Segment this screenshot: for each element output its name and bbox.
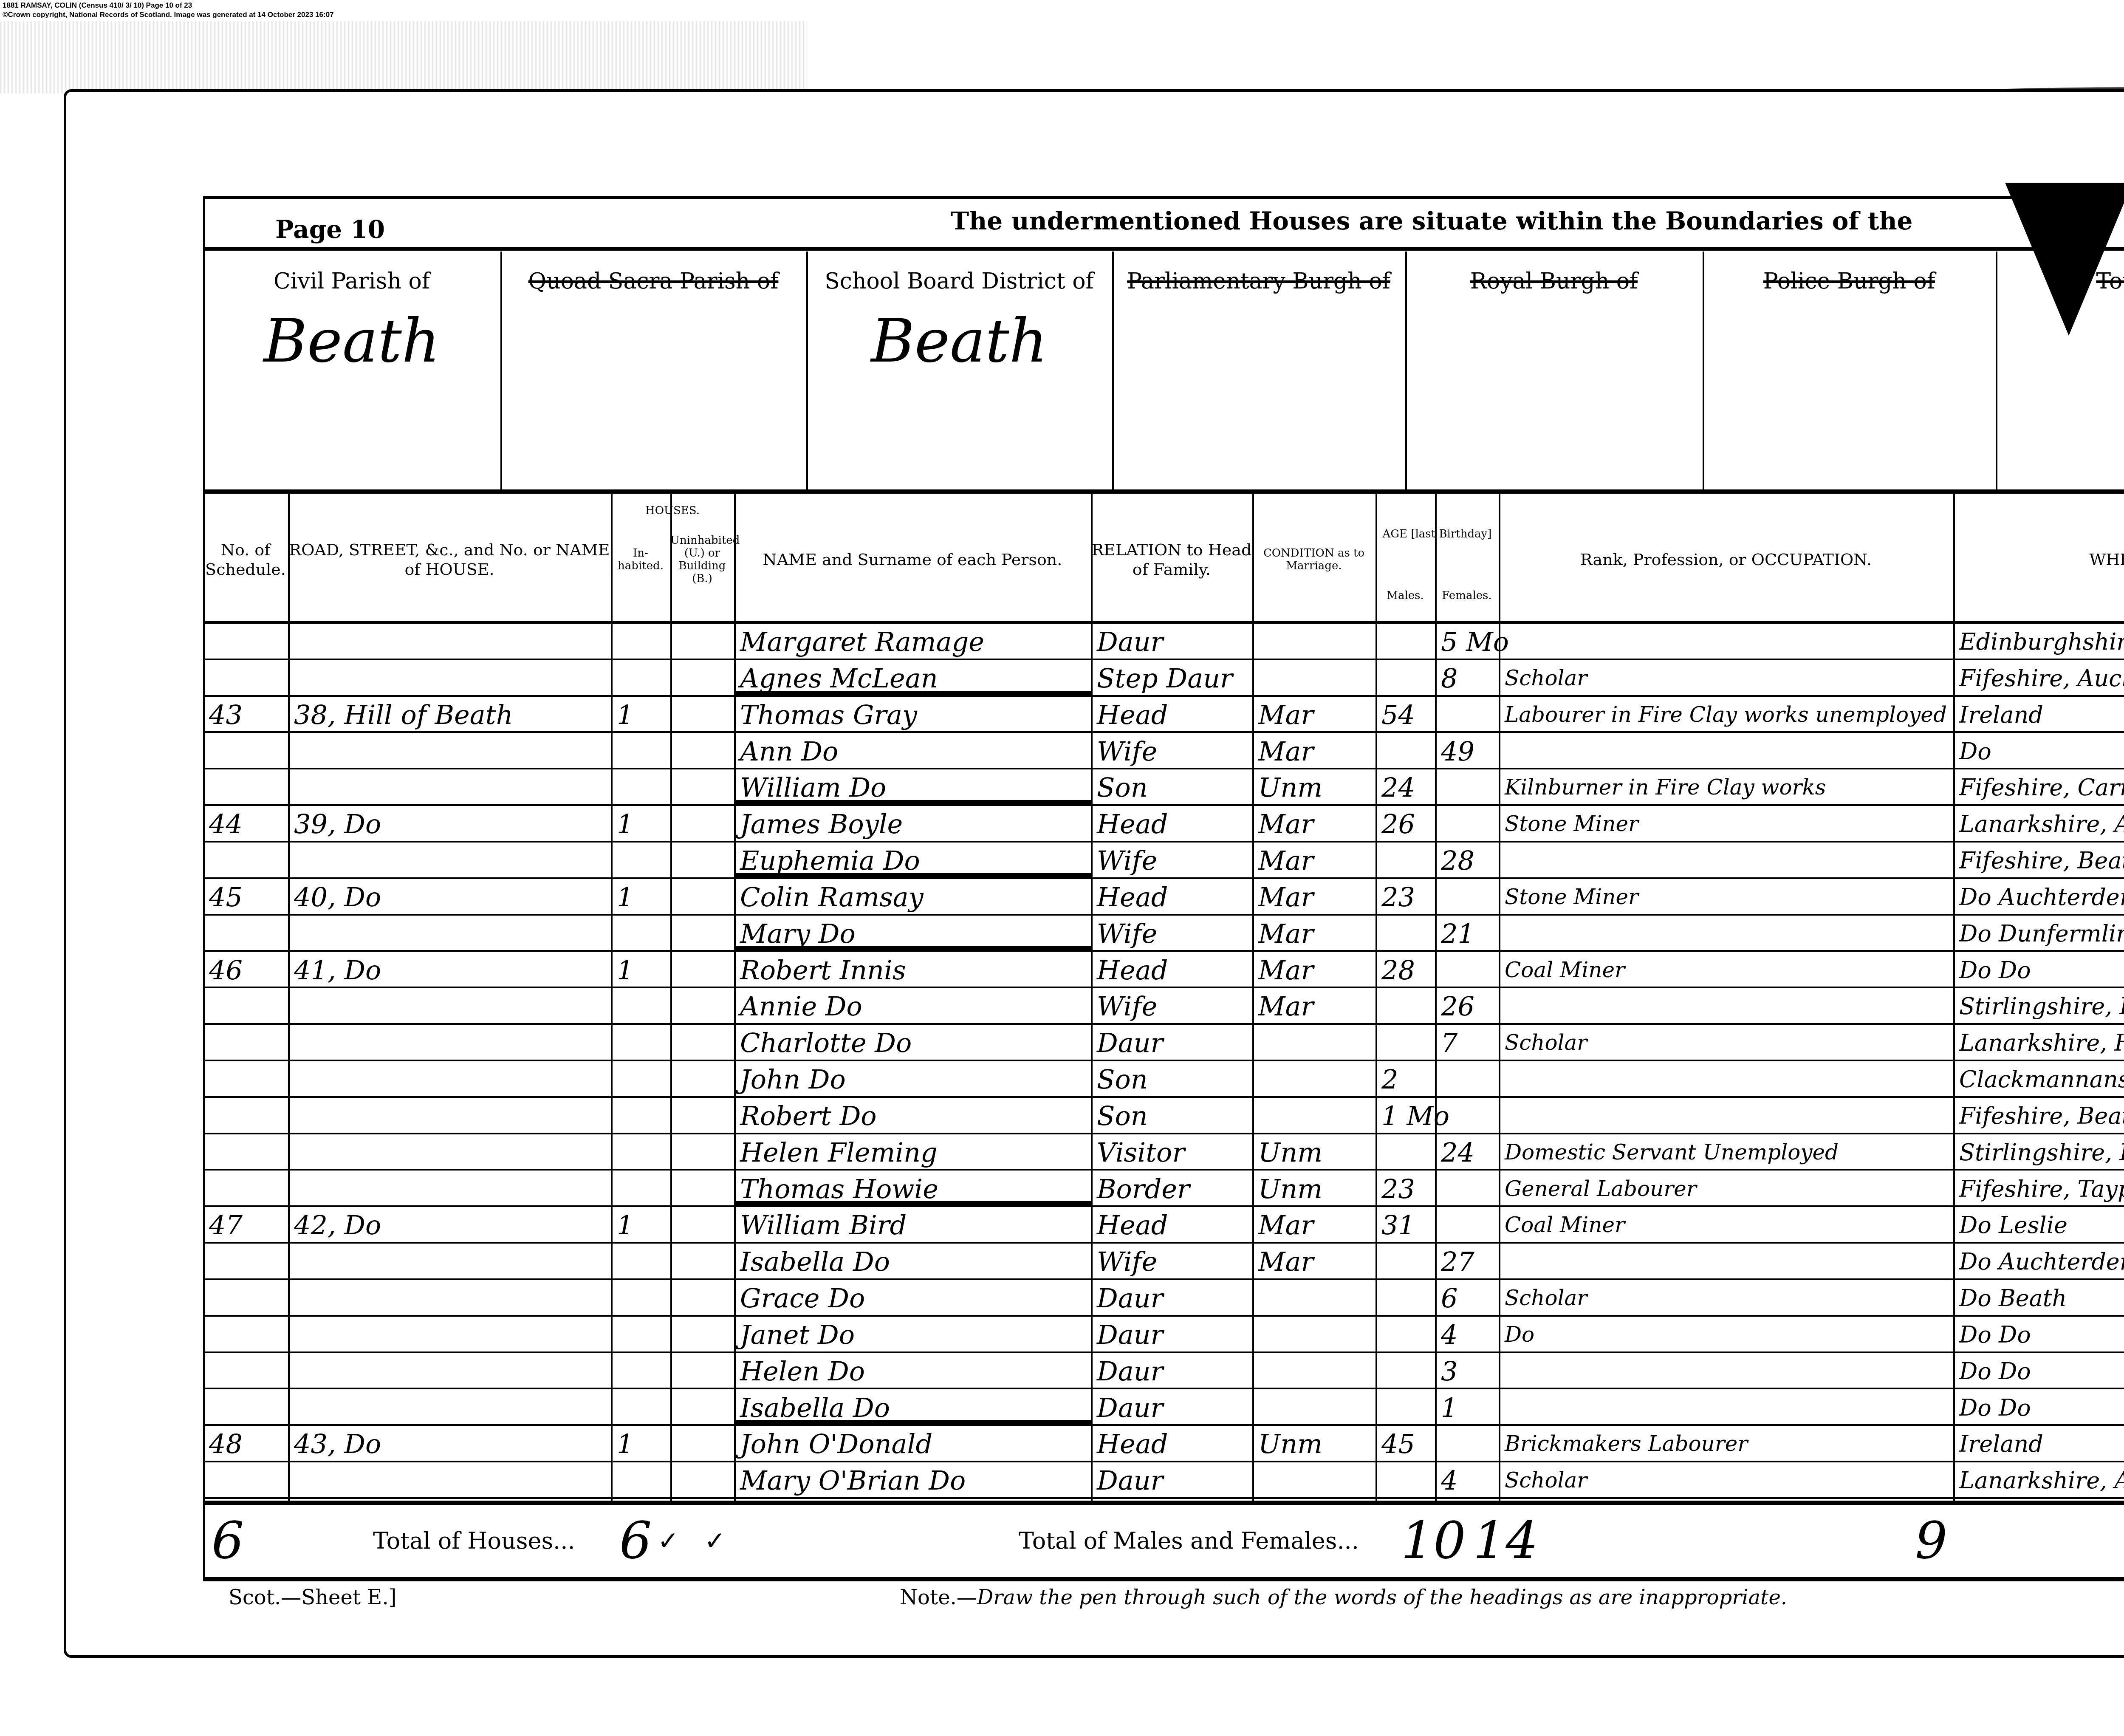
birthplace: Do Do [1959,1390,2031,1426]
birthplace: Do Dunfermline [1959,916,2124,952]
relation-to-head: Head [1097,806,1168,843]
person-name: Robert Innis [740,952,906,989]
marital-condition: Mar [1258,916,1313,952]
occupation: Stone Miner [1505,879,1638,916]
relation-to-head: Wife [1097,1244,1157,1280]
table-row: Annie DoWifeMar26Stirlingshire, Falkirk [203,988,2124,1025]
marital-condition: Mar [1258,733,1313,770]
boundary-title: The undermentioned Houses are situate wi… [951,206,1913,235]
person-name: Colin Ramsay [740,879,924,916]
male-age: 45 [1381,1426,1415,1462]
birthplace: Do Beath [1959,1280,2067,1317]
person-name: Helen Do [740,1353,865,1390]
female-age: 28 [1441,843,1474,879]
relation-to-head: Son [1097,1061,1148,1098]
total-females: 14 [1473,1505,1538,1577]
table-row: Helen FlemingVisitorUnm24Domestic Servan… [203,1134,2124,1171]
relation-to-head: Wife [1097,916,1157,952]
boundary-value: Beath [806,307,1112,376]
schedule-number: 44 [209,806,243,843]
female-age: 5 Mo [1441,624,1509,660]
relation-to-head: Daur [1097,1280,1163,1317]
table-row: 4338, Hill of Beath1Thomas GrayHeadMar54… [203,697,2124,733]
table-row: 4439, Do1James BoyleHeadMar26Stone Miner… [203,806,2124,843]
table-row: 4843, Do1John O'DonaldHeadUnm45Brickmake… [203,1426,2124,1462]
boundary-value: Beath [203,307,500,376]
relation-to-head: Head [1097,879,1168,916]
female-age: 4 [1441,1317,1457,1353]
table-row: Euphemia DoWifeMar28Fifeshire, Beath [203,843,2124,879]
total-houses-check: ✓ [658,1505,679,1577]
relation-to-head: Head [1097,697,1168,733]
person-name: Grace Do [740,1280,865,1317]
occupation: Stone Miner [1505,806,1638,843]
relation-to-head: Head [1097,1207,1168,1244]
birthplace: Ireland [1959,697,2043,733]
table-row: Mary DoWifeMar21Do Dunfermline [203,916,2124,952]
person-name: James Boyle [740,806,903,843]
boundary-label: Town of [1996,269,2124,294]
table-row: Charlotte DoDaur7ScholarLanarkshire, Ham… [203,1025,2124,1061]
col-name: NAME and Surname of each Person. [734,498,1091,621]
table-row: William DoSonUnm24Kilnburner in Fire Cla… [203,769,2124,806]
birthplace: Do Do [1959,1317,2031,1353]
relation-to-head: Wife [1097,733,1157,770]
occupation: Brickmakers Labourer [1505,1426,1748,1462]
total-uninhabited-check: ✓ [704,1505,726,1577]
boundary-parliamentary-burgh-of: Parliamentary Burgh of [1112,252,1405,481]
person-name: Robert Do [740,1098,877,1134]
inhabited-count: 1 [617,697,633,733]
occupation: General Labourer [1505,1171,1697,1207]
birthplace: Ireland [1959,1426,2043,1462]
person-name: Ann Do [740,733,838,770]
marital-condition: Unm [1258,1426,1322,1462]
relation-to-head: Daur [1097,1390,1163,1426]
male-age: 2 [1381,1061,1398,1098]
total-occupation-mark: 9 [1915,1505,1947,1577]
person-name: John Do [740,1061,846,1098]
relation-to-head: Border [1097,1171,1190,1207]
relation-to-head: Daur [1097,1353,1163,1390]
marital-condition: Mar [1258,1244,1313,1280]
record-title: 1881 RAMSAY, COLIN (Census 410/ 3/ 10) P… [3,1,334,10]
boundary-civil-parish-of: Civil Parish of Beath [203,252,500,481]
table-row: John DoSon2Clackmannanshire, Alloa [203,1061,2124,1098]
col-schedule: No. of Schedule. [203,498,288,621]
person-name: Annie Do [740,988,862,1025]
schedule-number: 48 [209,1426,243,1462]
col-females: Females. [1435,570,1499,621]
female-age: 4 [1441,1462,1457,1499]
boundary-label: Civil Parish of [203,269,500,294]
occupation: Scholar [1505,1025,1587,1061]
table-row: Janet DoDaur4DoDo Do [203,1317,2124,1353]
person-name: William Bird [740,1207,907,1244]
schedule-number: 43 [209,697,243,733]
marital-condition: Mar [1258,1207,1313,1244]
table-row: Thomas HowieBorderUnm23General LabourerF… [203,1171,2124,1207]
schedule-number: 47 [209,1207,243,1244]
relation-to-head: Son [1097,1098,1148,1134]
col-males: Males. [1376,570,1435,621]
house-address: 40, Do [294,879,381,916]
birthplace: Lanarkshire, Airdrie [1959,806,2124,843]
total-persons-label: Total of Males and Females... [1019,1505,1359,1577]
table-row: Grace DoDaur6ScholarDo Beath [203,1280,2124,1317]
boundary-label: Police Burgh of [1703,269,1996,294]
col-houses: HOUSES. [611,498,734,523]
birthplace: Lanarkshire, Airdrie [1959,1462,2124,1499]
person-name: Isabella Do [740,1244,890,1280]
birthplace: Fifeshire, Tayport [1959,1171,2124,1207]
boundary-police-burgh-of: Police Burgh of [1703,252,1996,481]
female-age: 26 [1441,988,1474,1025]
female-age: 6 [1441,1280,1457,1317]
total-schedules: 6 [212,1505,244,1577]
total-houses-label: Total of Houses... [373,1505,575,1577]
inhabited-count: 1 [617,806,633,843]
page-number: Page 10 [275,215,385,244]
boundary-label: Quoad Sacra Parish of [500,269,806,294]
occupation: Coal Miner [1505,952,1625,989]
female-age: 3 [1441,1353,1457,1390]
female-age: 7 [1441,1025,1457,1061]
inhabited-count: 1 [617,1426,633,1462]
occupation: Do [1505,1317,1534,1353]
boundary-town-of: Town of [1996,252,2124,481]
relation-to-head: Step Daur [1097,660,1233,697]
inhabited-count: 1 [617,879,633,916]
house-address: 41, Do [294,952,381,989]
birthplace: Stirlingshire, Falkirk [1959,1134,2124,1171]
marital-condition: Mar [1258,843,1313,879]
person-name: Janet Do [740,1317,855,1353]
boundary-quoad-sacra-parish-of: Quoad Sacra Parish of [500,252,806,481]
col-road: ROAD, STREET, &c., and No. or NAME of HO… [288,498,611,621]
table-row: Isabella DoDaur1Do Do [203,1390,2124,1426]
relation-to-head: Daur [1097,1025,1163,1061]
copyright-line: ©Crown copyright, National Records of Sc… [3,10,334,20]
relation-to-head: Daur [1097,1462,1163,1499]
person-name: Charlotte Do [740,1025,912,1061]
occupation: Scholar [1505,1280,1587,1317]
inhabited-count: 1 [617,952,633,989]
col-where-born: WHERE BORN. [1953,498,2124,621]
total-males: 10 [1401,1505,1466,1577]
male-age: 28 [1381,952,1415,989]
person-name: Thomas Gray [740,697,917,733]
footer-note: Note.—Draw the pen through such of the w… [900,1586,1787,1609]
female-age: 24 [1441,1134,1474,1171]
scan-smudge [0,21,807,93]
table-row: Robert DoSon1 MoFifeshire, Beath [203,1098,2124,1134]
marital-condition: Unm [1258,1134,1322,1171]
col-relation: RELATION to Head of Family. [1091,498,1252,621]
house-address: 43, Do [294,1426,381,1462]
boundary-label: Parliamentary Burgh of [1112,269,1405,294]
marital-condition: Mar [1258,697,1313,733]
occupation: Scholar [1505,1462,1587,1499]
marital-condition: Mar [1258,806,1313,843]
male-age: 23 [1381,1171,1415,1207]
note-text: Draw the pen through such of the words o… [977,1586,1787,1609]
male-age: 24 [1381,769,1415,806]
birthplace: Fifeshire, Beath [1959,1098,2124,1134]
occupation: Coal Miner [1505,1207,1625,1244]
occupation: Kilnburner in Fire Clay works [1505,769,1826,806]
relation-to-head: Head [1097,952,1168,989]
table-row: 4540, Do1Colin RamsayHeadMar23Stone Mine… [203,879,2124,916]
marital-condition: Mar [1258,988,1313,1025]
marital-condition: Unm [1258,1171,1322,1207]
table-row: 4641, Do1Robert InnisHeadMar28Coal Miner… [203,952,2124,989]
birthplace: Do Auchterderran [1959,879,2124,916]
table-row: Mary O'Brian DoDaur4ScholarLanarkshire, … [203,1462,2124,1499]
person-name: John O'Donald [740,1426,932,1462]
house-address: 38, Hill of Beath [294,697,513,733]
table-row: Isabella DoWifeMar27Do Auchterderran [203,1244,2124,1280]
table-row: 4742, Do1William BirdHeadMar31Coal Miner… [203,1207,2124,1244]
relation-to-head: Son [1097,769,1148,806]
male-age: 31 [1381,1207,1415,1244]
col-condition: CONDITION as to Marriage. [1252,498,1376,621]
table-row: Margaret RamageDaur5 MoEdinburghshire, K… [203,624,2124,660]
person-name: Helen Fleming [740,1134,938,1171]
marital-condition: Mar [1258,879,1313,916]
image-caption: 1881 RAMSAY, COLIN (Census 410/ 3/ 10) P… [3,1,334,20]
female-age: 49 [1441,733,1474,770]
person-name: Mary O'Brian Do [740,1462,966,1499]
male-age: 26 [1381,806,1415,843]
female-age: 8 [1441,660,1457,697]
occupation: Scholar [1505,660,1587,697]
boundary-label: School Board District of [806,269,1112,294]
total-houses-inhabited: 6 [619,1505,652,1577]
relation-to-head: Daur [1097,1317,1163,1353]
boundary-school-board-district-of: School Board District of Beath [806,252,1112,481]
birthplace: Edinburghshire, Kirknewton [1959,624,2124,660]
schedule-number: 46 [209,952,243,989]
birthplace: Fifeshire, Auchterderran [1959,660,2124,697]
relation-to-head: Wife [1097,988,1157,1025]
birthplace: Do Do [1959,1353,2031,1390]
col-occupation: Rank, Profession, or OCCUPATION. [1499,498,1953,621]
house-address: 39, Do [294,806,381,843]
table-row: Ann DoWifeMar49Do [203,733,2124,770]
birthplace: Fifeshire, Carnock [1959,769,2124,806]
marital-condition: Unm [1258,769,1322,806]
schedule-number: 45 [209,879,243,916]
inhabited-count: 1 [617,1207,633,1244]
census-form: Page 10 The undermentioned Houses are si… [203,196,2124,1539]
table-row: Agnes McLeanStep Daur8ScholarFifeshire, … [203,660,2124,697]
note-label: Note.— [900,1586,977,1609]
male-age: 23 [1381,879,1415,916]
female-age: 27 [1441,1244,1474,1280]
female-age: 21 [1441,916,1474,952]
col-age: AGE [last Birthday] [1376,498,1499,570]
person-name: Margaret Ramage [740,624,984,660]
occupation: Domestic Servant Unemployed [1505,1134,1839,1171]
table-row: Helen DoDaur3Do Do [203,1353,2124,1390]
relation-to-head: Visitor [1097,1134,1185,1171]
sheet-label: Scot.—Sheet E.] [229,1586,396,1609]
birthplace: Fifeshire, Beath [1959,843,2124,879]
occupation: Labourer in Fire Clay works unemployed [1505,697,1947,733]
boundary-royal-burgh-of: Royal Burgh of [1405,252,1703,481]
birthplace: Do Auchterderran [1959,1244,2124,1280]
male-age: 54 [1381,697,1415,733]
house-address: 42, Do [294,1207,381,1244]
boundary-label: Royal Burgh of [1405,269,1703,294]
birthplace: Clackmannanshire, Alloa [1959,1061,2124,1098]
relation-to-head: Daur [1097,624,1163,660]
birthplace: Do Do [1959,952,2031,989]
birthplace: Stirlingshire, Falkirk [1959,988,2124,1025]
birthplace: Do [1959,733,1991,770]
relation-to-head: Head [1097,1426,1168,1462]
relation-to-head: Wife [1097,843,1157,879]
male-age: 1 Mo [1381,1098,1449,1134]
marital-condition: Mar [1258,952,1313,989]
birthplace: Lanarkshire, Hamilton [1959,1025,2124,1061]
female-age: 1 [1441,1390,1457,1426]
birthplace: Do Leslie [1959,1207,2068,1244]
